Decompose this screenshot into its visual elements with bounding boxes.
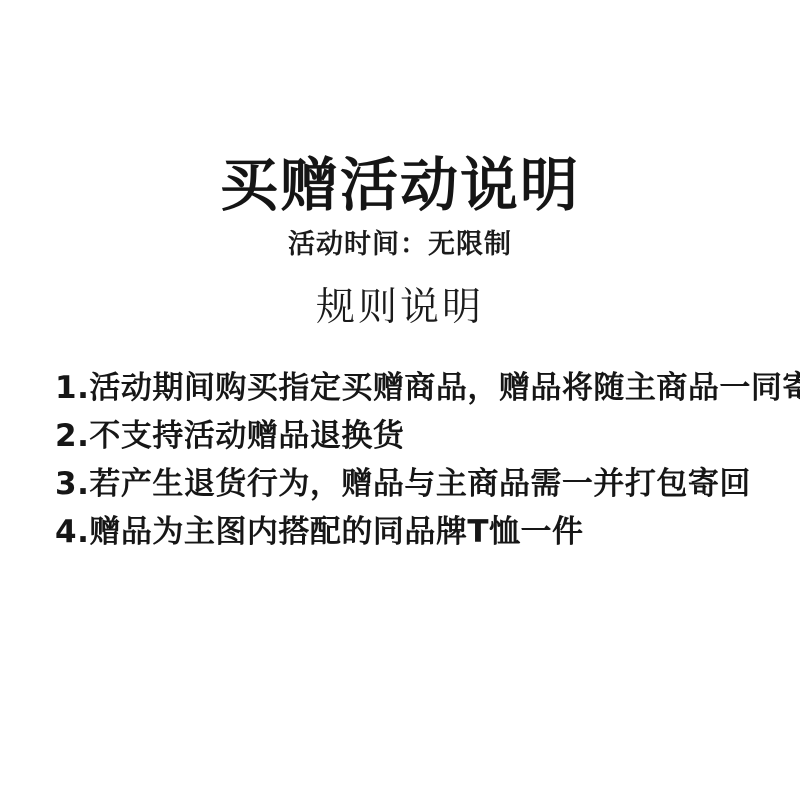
rule-item-1: 1.活动期间购买指定买赠商品，赠品将随主商品一同寄出 (55, 364, 780, 412)
rules-section-heading: 规则说明 (0, 276, 800, 332)
promo-notice-page: 买赠活动说明 活动时间：无限制 规则说明 1.活动期间购买指定买赠商品，赠品将随… (0, 0, 800, 800)
rule-item-3: 3.若产生退货行为，赠品与主商品需一并打包寄回 (55, 460, 780, 508)
rule-item-4: 4.赠品为主图内搭配的同品牌T恤一件 (55, 508, 780, 556)
rule-item-2: 2.不支持活动赠品退换货 (55, 412, 780, 460)
page-title: 买赠活动说明 (0, 138, 800, 222)
event-time-label: 活动时间：无限制 (0, 222, 800, 261)
rules-list: 1.活动期间购买指定买赠商品，赠品将随主商品一同寄出 2.不支持活动赠品退换货 … (55, 364, 780, 556)
